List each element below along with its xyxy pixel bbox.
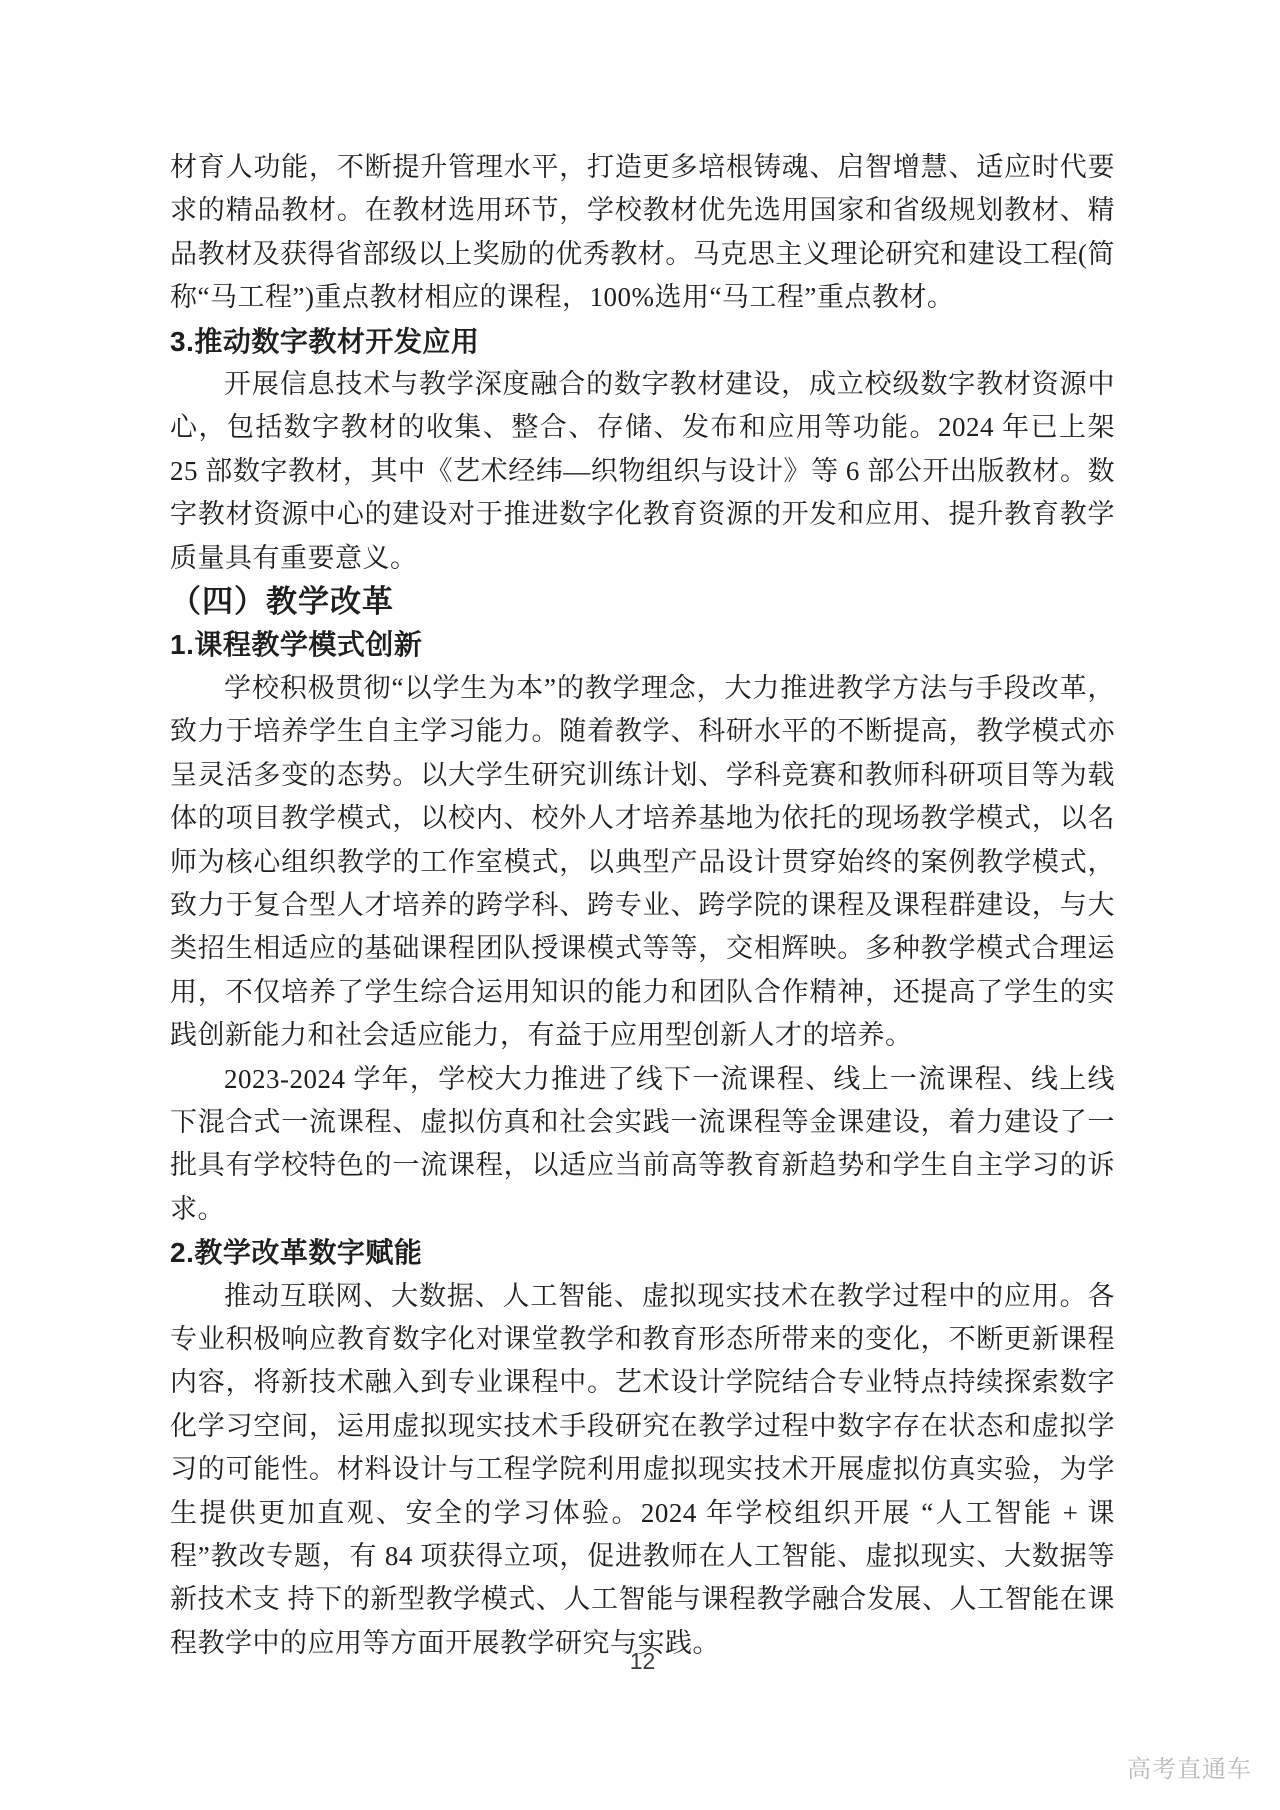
- paragraph-teaching-mode: 学校积极贯彻“以学生为本”的教学理念，大力推进教学方法与手段改革，致力于培养学生…: [170, 667, 1115, 1058]
- heading-digital-empowerment: 2.教学改革数字赋能: [170, 1231, 1115, 1274]
- watermark-gaokao-zhitongche: 高考直通车: [1127, 1749, 1252, 1784]
- paragraph-digital-textbook: 开展信息技术与教学深度融合的数字教材建设，成立校级数字教材资源中心，包括数字教材…: [170, 363, 1115, 580]
- paragraph-digital-empowerment: 推动互联网、大数据、人工智能、虚拟现实技术在教学过程中的应用。各专业积极响应教育…: [170, 1275, 1115, 1666]
- paragraph-textbook-selection: 材育人功能，不断提升管理水平，打造更多培根铸魂、启智增慧、适应时代要求的精品教材…: [170, 146, 1115, 320]
- heading-section-4-teaching-reform: （四）教学改革: [170, 580, 1115, 623]
- heading-course-teaching-mode-innovation: 1.课程教学模式创新: [170, 623, 1115, 666]
- page-number: 12: [170, 1648, 1115, 1675]
- paragraph-first-class-courses: 2023-2024 学年，学校大力推进了线下一流课程、线上一流课程、线上线下混合…: [170, 1058, 1115, 1232]
- document-body: 材育人功能，不断提升管理水平，打造更多培根铸魂、启智增慧、适应时代要求的精品教材…: [170, 146, 1115, 1665]
- heading-digital-textbook-development: 3.推动数字教材开发应用: [170, 320, 1115, 363]
- document-page: 材育人功能，不断提升管理水平，打造更多培根铸魂、启智增慧、适应时代要求的精品教材…: [0, 0, 1280, 1810]
